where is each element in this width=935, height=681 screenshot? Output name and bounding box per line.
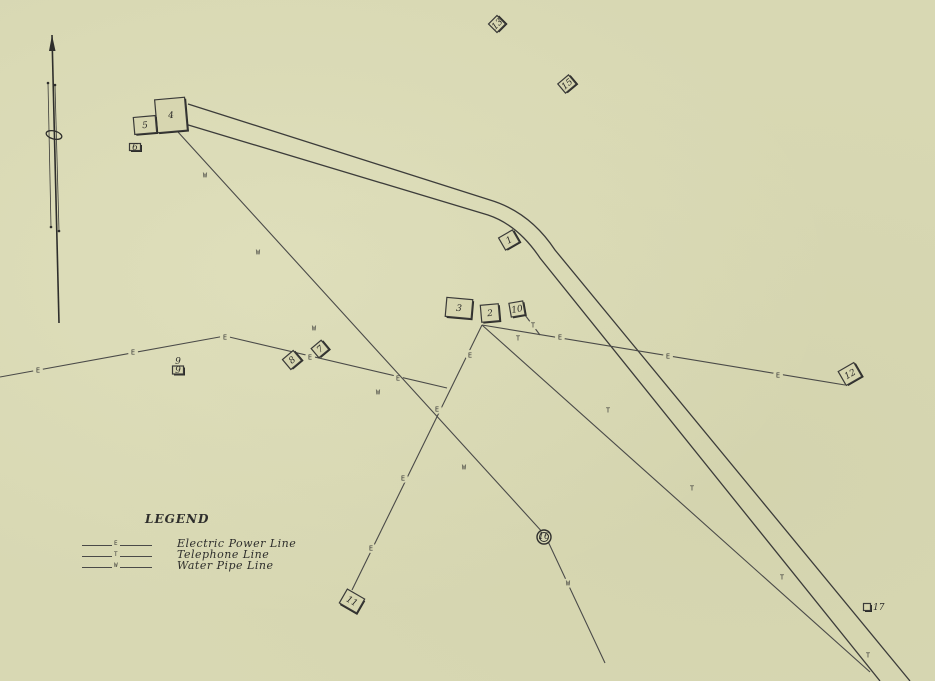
electric-line-label: E [223,334,227,342]
road-edge-lower [185,124,880,681]
well: 16 [537,530,551,544]
map-canvas: EEEEEEEEEEEETTTTTTWWWWWW 123456789101112… [0,0,935,681]
building-number: 3 [456,304,463,314]
legend-symbol: W [112,562,120,569]
electric-line: EEEEE [0,334,447,389]
electric-line-label: E [666,353,670,361]
road-edge-upper [188,104,910,681]
telephone-line: TTTTT [482,325,871,672]
water-line-label: W [462,464,467,472]
building-10: 10 [509,301,527,319]
electric-line: EEE [482,325,845,385]
water-line-label: W [376,389,381,397]
legend-symbol: E [112,540,120,547]
electric-line-label: E [468,352,472,360]
building-9: 9 [173,366,186,376]
building-number: 4 [167,111,175,122]
electric-line-label: E [558,334,562,342]
building-5: 5 [133,115,158,135]
telephone-line-label: T [606,407,611,415]
electric-line-label: E [401,475,405,483]
electric-line-label: E [308,354,312,362]
well-number: 16 [538,532,550,542]
water-line-label: W [312,325,317,333]
building-number: 2 [486,309,494,320]
telephone-line-label: T [516,335,521,343]
telephone-line-label: T [866,652,871,660]
building-number: 13 [490,17,505,32]
water-line-label: W [566,580,571,588]
building-7: 7 [311,339,331,359]
building-3: 3 [445,297,474,320]
utility-lines: EEEEEEEEEEEETTTTTTWWWWWW [0,132,871,672]
road [185,104,910,681]
building-12: 12 [838,362,864,387]
building-number: 17 [873,603,885,613]
building-17 [864,604,873,613]
site-utility-map: EEEEEEEEEEEETTTTTTWWWWWW 123456789101112… [0,0,935,681]
legend-symbol: T [112,551,120,558]
legend-label: Water Pipe Line [177,559,273,572]
electric-line-label: E [131,349,135,357]
legend-title: LEGEND [145,512,209,526]
electric-line-label: E [776,372,780,380]
legend-item-water: W Water Pipe Line [82,561,322,573]
building-15: 15 [558,74,579,94]
electric-line-label: E [36,367,40,375]
north-arrow-icon [45,35,63,323]
electric-line: EEEE [352,325,482,590]
buildings: 1234567891011121315179 [130,14,885,615]
building-number: 9 [175,357,181,367]
building-4: 4 [155,97,189,134]
building-number: 6 [132,143,138,153]
building-number: 10 [511,304,524,316]
building-number: 5 [142,121,149,131]
building-2: 2 [480,304,501,324]
water-line-label: W [256,249,261,257]
building-number: 9 [175,366,181,376]
telephone-line-label: T [690,485,695,493]
building-11: 11 [339,589,366,615]
building-13: 13 [489,14,508,33]
electric-line-label: E [369,545,373,553]
building-8: 8 [282,350,303,371]
water-line-label: W [203,172,208,180]
building-6: 6 [130,143,143,153]
telephone-line-label: T [780,574,785,582]
water-line: WWWWWW [178,132,605,663]
electric-line-label: E [435,406,439,414]
